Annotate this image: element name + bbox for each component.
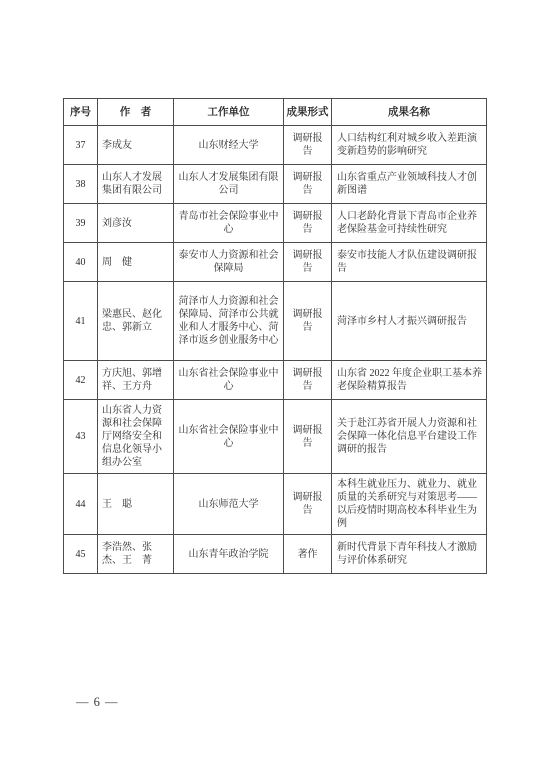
cell-result-form: 调研报告 [284, 126, 332, 165]
cell-result-name: 人口老龄化背景下青岛市企业养老保险基金可持续性研究 [332, 204, 487, 243]
column-header-work-unit: 工作单位 [174, 99, 284, 126]
cell-author: 山东人才发展集团有限公司 [98, 165, 174, 204]
cell-result-form: 调研报告 [284, 474, 332, 535]
cell-serial-number: 37 [64, 126, 98, 165]
table-body: 37 李成友 山东财经大学 调研报告 人口结构红利对城乡收入差距演变新趋势的影响… [64, 126, 487, 574]
cell-work-unit: 山东省社会保险事业中心 [174, 361, 284, 400]
cell-result-name: 菏泽市乡村人才振兴调研报告 [332, 282, 487, 361]
cell-result-form: 调研报告 [284, 204, 332, 243]
column-header-author: 作 者 [98, 99, 174, 126]
table-row: 41 梁惠民、赵化忠、郭新立 菏泽市人力资源和社会保障局、菏泽市公共就业和人才服… [64, 282, 487, 361]
cell-work-unit: 山东省社会保险事业中心 [174, 400, 284, 474]
cell-work-unit: 菏泽市人力资源和社会保障局、菏泽市公共就业和人才服务中心、菏泽市返乡创业服务中心 [174, 282, 284, 361]
cell-serial-number: 44 [64, 474, 98, 535]
cell-result-form: 调研报告 [284, 165, 332, 204]
column-header-result-name: 成果名称 [332, 99, 487, 126]
table-row: 43 山东省人力资源和社会保障厅网络安全和信息化领导小组办公室 山东省社会保险事… [64, 400, 487, 474]
cell-result-form: 著作 [284, 535, 332, 574]
cell-result-name: 山东省重点产业领域科技人才创新图谱 [332, 165, 487, 204]
cell-author: 方庆旭、郭增祥、王方舟 [98, 361, 174, 400]
table-row: 39 刘彦汝 青岛市社会保险事业中心 调研报告 人口老龄化背景下青岛市企业养老保… [64, 204, 487, 243]
table-row: 45 李浩然、张 杰、王 菁 山东青年政治学院 著作 新时代背景下青年科技人才激… [64, 535, 487, 574]
cell-result-name: 人口结构红利对城乡收入差距演变新趋势的影响研究 [332, 126, 487, 165]
cell-result-name: 关于赴江苏省开展人力资源和社会保障一体化信息平台建设工作调研的报告 [332, 400, 487, 474]
page-number: — 6 — [76, 695, 119, 710]
cell-work-unit: 山东人才发展集团有限公司 [174, 165, 284, 204]
cell-serial-number: 40 [64, 243, 98, 282]
table-row: 44 王 聪 山东师范大学 调研报告 本科生就业压力、就业力、就业质量的关系研究… [64, 474, 487, 535]
achievements-table: 序号 作 者 工作单位 成果形式 成果名称 37 李成友 山东财经大学 调研报告… [63, 98, 487, 574]
cell-author: 梁惠民、赵化忠、郭新立 [98, 282, 174, 361]
cell-work-unit: 泰安市人力资源和社会保障局 [174, 243, 284, 282]
document-page: 序号 作 者 工作单位 成果形式 成果名称 37 李成友 山东财经大学 调研报告… [0, 0, 554, 783]
column-header-result-form: 成果形式 [284, 99, 332, 126]
table-row: 38 山东人才发展集团有限公司 山东人才发展集团有限公司 调研报告 山东省重点产… [64, 165, 487, 204]
cell-work-unit: 山东财经大学 [174, 126, 284, 165]
cell-author: 刘彦汝 [98, 204, 174, 243]
cell-result-form: 调研报告 [284, 400, 332, 474]
cell-work-unit: 山东青年政治学院 [174, 535, 284, 574]
cell-work-unit: 山东师范大学 [174, 474, 284, 535]
cell-result-name: 新时代背景下青年科技人才激励与评价体系研究 [332, 535, 487, 574]
cell-result-name: 泰安市技能人才队伍建设调研报告 [332, 243, 487, 282]
cell-result-name: 山东省 2022 年度企业职工基本养老保险精算报告 [332, 361, 487, 400]
cell-serial-number: 42 [64, 361, 98, 400]
cell-author: 李浩然、张 杰、王 菁 [98, 535, 174, 574]
cell-author: 周 健 [98, 243, 174, 282]
table-row: 42 方庆旭、郭增祥、王方舟 山东省社会保险事业中心 调研报告 山东省 2022… [64, 361, 487, 400]
cell-result-form: 调研报告 [284, 243, 332, 282]
cell-serial-number: 41 [64, 282, 98, 361]
cell-result-name: 本科生就业压力、就业力、就业质量的关系研究与对策思考——以后疫情时期高校本科毕业… [332, 474, 487, 535]
table-row: 40 周 健 泰安市人力资源和社会保障局 调研报告 泰安市技能人才队伍建设调研报… [64, 243, 487, 282]
cell-result-form: 调研报告 [284, 282, 332, 361]
cell-author: 李成友 [98, 126, 174, 165]
cell-serial-number: 39 [64, 204, 98, 243]
column-header-serial: 序号 [64, 99, 98, 126]
cell-serial-number: 43 [64, 400, 98, 474]
table-row: 37 李成友 山东财经大学 调研报告 人口结构红利对城乡收入差距演变新趋势的影响… [64, 126, 487, 165]
cell-serial-number: 38 [64, 165, 98, 204]
cell-author: 王 聪 [98, 474, 174, 535]
cell-serial-number: 45 [64, 535, 98, 574]
cell-work-unit: 青岛市社会保险事业中心 [174, 204, 284, 243]
header-row: 序号 作 者 工作单位 成果形式 成果名称 [64, 99, 487, 126]
cell-result-form: 调研报告 [284, 361, 332, 400]
cell-author: 山东省人力资源和社会保障厅网络安全和信息化领导小组办公室 [98, 400, 174, 474]
